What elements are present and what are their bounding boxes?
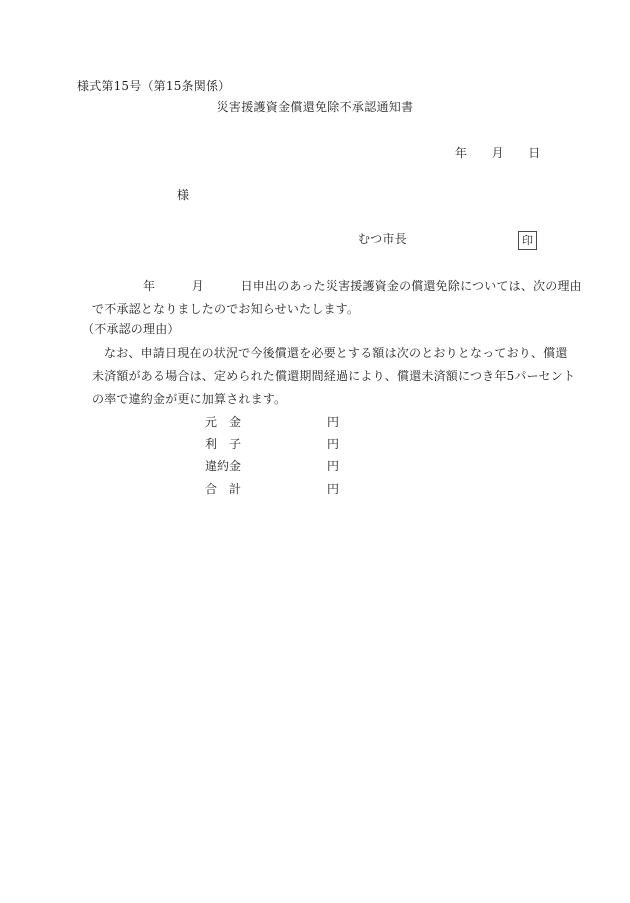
amount-label-principal: 元 金 — [205, 415, 241, 430]
amount-label-penalty: 違約金 — [205, 459, 241, 474]
amount-label-total: 合 計 — [205, 482, 241, 497]
amount-row-principal: 元 金 円 — [205, 415, 405, 430]
document-page: 様式第15号（第15条関係） 災害援護資金償還免除不承認通知書 年 月 日 様 … — [0, 0, 630, 903]
body-paragraph-line-2: で不承認となりましたのでお知らせいたします。 — [92, 302, 359, 317]
note-paragraph-line-3: の率で違約金が更に加算されます。 — [92, 392, 286, 407]
issue-date-blank: 年 月 日 — [455, 146, 540, 161]
amount-row-total: 合 計 円 — [205, 482, 405, 497]
amount-label-interest: 利 子 — [205, 437, 241, 452]
disapproval-reason-heading: （不承認の理由） — [82, 322, 180, 337]
addressee-honorific: 様 — [177, 188, 189, 203]
amount-unit-penalty: 円 — [327, 459, 339, 474]
amount-unit-total: 円 — [327, 482, 339, 497]
amount-unit-principal: 円 — [327, 415, 339, 430]
amount-row-penalty: 違約金 円 — [205, 459, 405, 474]
sender-name: むつ市長 — [358, 232, 407, 247]
note-paragraph-line-2: 未済額がある場合は、定められた償還期間経過により、償還未済額につき年5パーセント — [92, 369, 575, 384]
seal-character: 印 — [522, 235, 533, 246]
amount-unit-interest: 円 — [327, 437, 339, 452]
seal-box: 印 — [518, 231, 537, 250]
note-paragraph-line-1: なお、申請日現在の状況で今後償還を必要とする額は次のとおりとなっており、償還 — [104, 346, 568, 361]
amount-row-interest: 利 子 円 — [205, 437, 405, 452]
form-number: 様式第15号（第15条関係） — [77, 79, 230, 94]
document-title: 災害援護資金償還免除不承認通知書 — [0, 100, 630, 115]
body-paragraph-line-1: 年 月 日申出のあった災害援護資金の償還免除については、次の理由 — [143, 279, 582, 294]
